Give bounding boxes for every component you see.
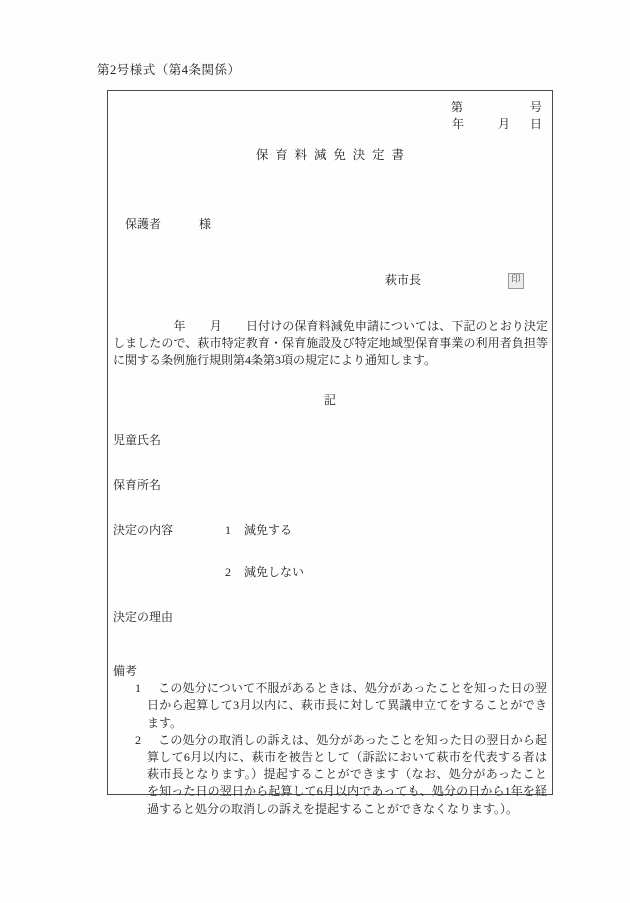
remark-item-1-number: 1	[135, 681, 141, 695]
issuer-name: 萩市長	[385, 272, 421, 289]
addressee-honorific: 様	[199, 217, 211, 231]
field-decision-reason-label: 決定の理由	[113, 609, 173, 626]
doc-number-suffix: 号	[530, 100, 542, 114]
doc-number-prefix: 第	[451, 100, 463, 114]
remark-item-2: 2この処分の取消しの訴えは、処分があったことを知った日の翌日から起算して6月以内…	[113, 732, 547, 818]
addressee-line: 保護者様	[125, 216, 211, 233]
record-marker: 記	[108, 392, 552, 409]
doc-number-line: 第号	[451, 99, 542, 116]
date-day-label: 日	[530, 117, 542, 131]
seal-placeholder: 印	[508, 273, 524, 289]
issuer-line: 萩市長 印	[108, 272, 552, 292]
remark-item-1: 1この処分について不服があるときは、処分があったことを知った日の翌日から起算して…	[113, 680, 547, 732]
decision-option-1: 1減免する	[225, 522, 292, 539]
notification-paragraph: 年 月 日付けの保育料減免申請については、下記のとおり決定しましたので、萩市特定…	[113, 318, 548, 370]
field-decision-content-label: 決定の内容	[113, 522, 173, 539]
date-line: 年月日	[451, 116, 542, 133]
date-month-label: 月	[498, 117, 510, 131]
remarks-label: 備考	[113, 663, 547, 680]
decision-option-2-label: 減免しない	[244, 565, 304, 579]
decision-option-2: 2減免しない	[225, 564, 304, 581]
decision-option-1-label: 減免する	[244, 523, 292, 537]
decision-option-2-number: 2	[225, 565, 231, 579]
remark-item-2-number: 2	[135, 733, 141, 747]
document-border-box: 第号 年月日 保育料減免決定書 保護者様 萩市長 印 年 月 日付けの保育料減免…	[107, 90, 553, 795]
doc-number-date-block: 第号 年月日	[451, 99, 542, 133]
remark-item-1-text: この処分について不服があるときは、処分があったことを知った日の翌日から起算して3…	[147, 681, 547, 729]
document-page: 第2号様式（第4条関係） 第号 年月日 保育料減免決定書 保護者様 萩市長 印 …	[0, 0, 630, 903]
date-year-label: 年	[452, 117, 464, 131]
addressee-label: 保護者	[125, 217, 161, 231]
document-title: 保育料減免決定書	[108, 147, 552, 164]
decision-option-1-number: 1	[225, 523, 231, 537]
form-number-label: 第2号様式（第4条関係）	[97, 62, 241, 79]
remarks-section: 備考 1この処分について不服があるときは、処分があったことを知った日の翌日から起…	[113, 663, 547, 818]
field-child-name-label: 児童氏名	[113, 432, 161, 449]
remark-item-2-text: この処分の取消しの訴えは、処分があったことを知った日の翌日から起算して6月以内に…	[147, 733, 547, 816]
field-nursery-name-label: 保育所名	[113, 477, 161, 494]
